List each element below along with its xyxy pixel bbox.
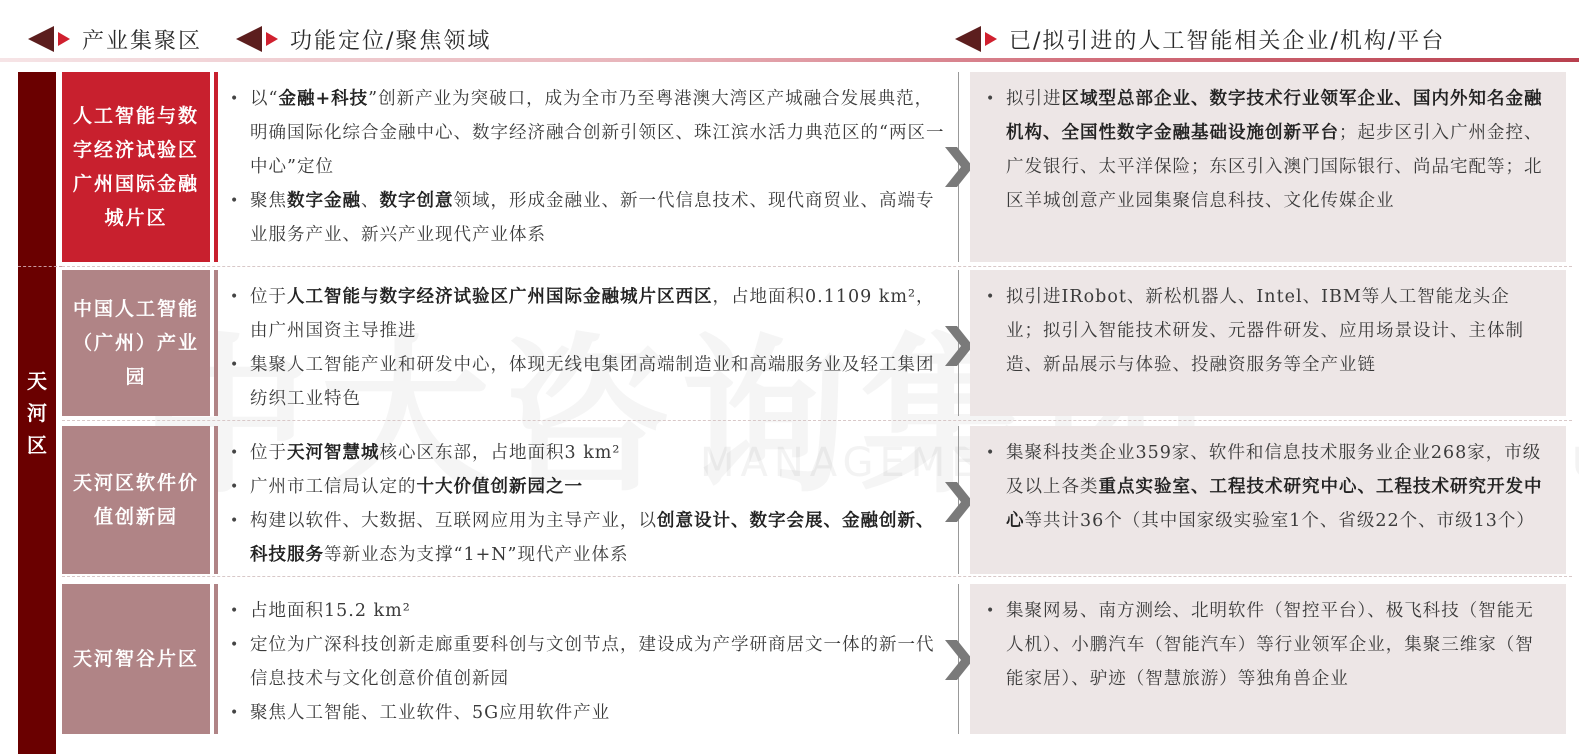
row-divider: [62, 576, 1572, 577]
arrow-left-icon: [28, 26, 54, 52]
header-label: 产业集聚区: [82, 24, 202, 55]
enterprise-bullet: 集聚科技类企业359家、软件和信息技术服务业企业268家，市级及以上各类重点实验…: [984, 436, 1546, 538]
zone-row: 天河区软件价值创新园 位于天河智慧城核心区东部，占地面积3 km²广州市工信局认…: [62, 426, 1569, 574]
enterprises-cell: 拟引进区域型总部企业、数字技术行业领军企业、国内外知名金融机构、全国性数字金融基…: [970, 72, 1566, 262]
enterprise-bullet: 拟引进区域型总部企业、数字技术行业领军企业、国内外知名金融机构、全国性数字金融基…: [984, 82, 1546, 218]
district-divider: [18, 266, 62, 267]
accent-bar: [214, 72, 218, 262]
positioning-bullet: 聚焦数字金融、数字创意领域，形成金融业、新一代信息技术、现代商贸业、高端专业服务…: [228, 184, 946, 252]
district-char: 区: [27, 429, 47, 461]
positioning-cell: 占地面积15.2 km²定位为广深科技创新走廊重要科创与文创节点，建设成为产学研…: [222, 584, 952, 734]
positioning-cell: 以“金融+科技”创新产业为突破口，成为全市乃至粤港澳大湾区产城融合发展典范，明确…: [222, 72, 952, 262]
positioning-bullet: 以“金融+科技”创新产业为突破口，成为全市乃至粤港澳大湾区产城融合发展典范，明确…: [228, 82, 946, 184]
zone-name: 中国人工智能（广州）产业园: [72, 292, 200, 394]
header-positioning: 功能定位/聚焦领域: [236, 22, 491, 56]
header-industry-cluster: 产业集聚区: [28, 22, 202, 56]
enterprises-cell: 拟引进IRobot、新松机器人、Intel、IBM等人工智能龙头企业；拟引入智能…: [970, 270, 1566, 416]
positioning-bullet: 聚焦人工智能、工业软件、5G应用软件产业: [228, 696, 946, 730]
zone-name-cell: 人工智能与数字经济试验区广州国际金融城片区: [62, 72, 210, 262]
positioning-bullet: 构建以软件、大数据、互联网应用为主导产业，以创意设计、数字会展、金融创新、科技服…: [228, 504, 946, 572]
header-label: 已/拟引进的人工智能相关企业/机构/平台: [1009, 24, 1445, 55]
row-divider: [62, 266, 1572, 267]
positioning-bullet: 占地面积15.2 km²: [228, 594, 946, 628]
district-char: 河: [27, 397, 47, 429]
zone-name: 人工智能与数字经济试验区广州国际金融城片区: [72, 99, 200, 235]
positioning-bullet: 位于天河智慧城核心区东部，占地面积3 km²: [228, 436, 946, 470]
zone-name-cell: 天河智谷片区: [62, 584, 210, 734]
header-underline: [0, 58, 1579, 62]
positioning-bullet: 位于人工智能与数字经济试验区广州国际金融城片区西区，占地面积0.1109 km²…: [228, 280, 946, 348]
district-label: 天 河 区: [18, 72, 56, 754]
arrow-left-icon: [236, 26, 262, 52]
positioning-cell: 位于天河智慧城核心区东部，占地面积3 km²广州市工信局认定的十大价值创新园之一…: [222, 426, 952, 574]
arrow-right-icon: [58, 32, 70, 46]
enterprises-cell: 集聚科技类企业359家、软件和信息技术服务业企业268家，市级及以上各类重点实验…: [970, 426, 1566, 574]
zone-name-cell: 天河区软件价值创新园: [62, 426, 210, 574]
arrow-right-icon: [985, 32, 997, 46]
positioning-bullet: 集聚人工智能产业和研发中心，体现无线电集团高端制造业和高端服务业及轻工集团纺织工…: [228, 348, 946, 416]
row-divider: [62, 420, 1572, 421]
accent-bar: [214, 426, 218, 574]
zone-name-cell: 中国人工智能（广州）产业园: [62, 270, 210, 416]
enterprise-bullet: 集聚网易、南方测绘、北明软件（智控平台）、极飞科技（智能无人机）、小鹏汽车（智能…: [984, 594, 1546, 696]
positioning-bullet: 定位为广深科技创新走廊重要科创与文创节点，建设成为产学研商居文一体的新一代信息技…: [228, 628, 946, 696]
header-label: 功能定位/聚焦领域: [290, 24, 491, 55]
zone-name: 天河智谷片区: [73, 642, 199, 676]
enterprise-bullet: 拟引进IRobot、新松机器人、Intel、IBM等人工智能龙头企业；拟引入智能…: [984, 280, 1546, 382]
accent-bar: [214, 270, 218, 416]
header-enterprises: 已/拟引进的人工智能相关企业/机构/平台: [955, 22, 1445, 56]
zone-row: 中国人工智能（广州）产业园 位于人工智能与数字经济试验区广州国际金融城片区西区，…: [62, 270, 1569, 416]
district-char: 天: [27, 365, 47, 397]
accent-bar: [214, 584, 218, 734]
zone-row: 人工智能与数字经济试验区广州国际金融城片区 以“金融+科技”创新产业为突破口，成…: [62, 72, 1569, 262]
positioning-bullet: 广州市工信局认定的十大价值创新园之一: [228, 470, 946, 504]
zone-row: 天河智谷片区 占地面积15.2 km²定位为广深科技创新走廊重要科创与文创节点，…: [62, 584, 1569, 734]
positioning-cell: 位于人工智能与数字经济试验区广州国际金融城片区西区，占地面积0.1109 km²…: [222, 270, 952, 416]
enterprises-cell: 集聚网易、南方测绘、北明软件（智控平台）、极飞科技（智能无人机）、小鹏汽车（智能…: [970, 584, 1566, 734]
arrow-right-icon: [266, 32, 278, 46]
zone-name: 天河区软件价值创新园: [72, 466, 200, 534]
arrow-left-icon: [955, 26, 981, 52]
